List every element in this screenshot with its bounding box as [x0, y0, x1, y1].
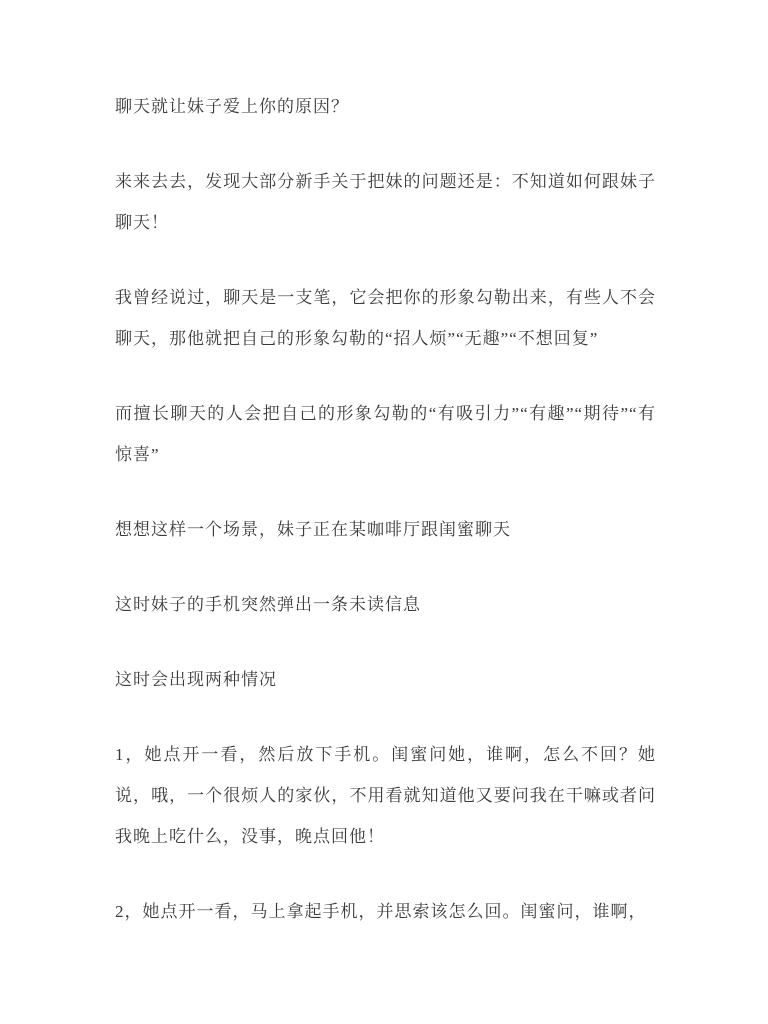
paragraph: 1，她点开一看，然后放下手机。闺蜜问她，谁啊，怎么不回？她说，哦，一个很烦人的家… [115, 734, 656, 857]
paragraph-title: 聊天就让妹子爱上你的原因？ [115, 86, 656, 127]
paragraph: 来来去去，发现大部分新手关于把妹的问题还是：不知道如何跟妹子聊天！ [115, 161, 656, 243]
paragraph: 这时妹子的手机突然弹出一条未读信息 [115, 584, 656, 625]
paragraph: 我曾经说过，聊天是一支笔，它会把你的形象勾勒出来，有些人不会聊天，那他就把自己的… [115, 277, 656, 359]
paragraph: 想想这样一个场景，妹子正在某咖啡厅跟闺蜜聊天 [115, 509, 656, 550]
document-page: 聊天就让妹子爱上你的原因？ 来来去去，发现大部分新手关于把妹的问题还是：不知道如… [0, 0, 768, 1024]
paragraph: 而擅长聊天的人会把自己的形象勾勒的“有吸引力”“有趣”“期待”“有惊喜” [115, 393, 656, 475]
paragraph: 这时会出现两种情况 [115, 659, 656, 700]
paragraph: 2，她点开一看，马上拿起手机，并思索该怎么回。闺蜜问，谁啊， [115, 891, 656, 932]
